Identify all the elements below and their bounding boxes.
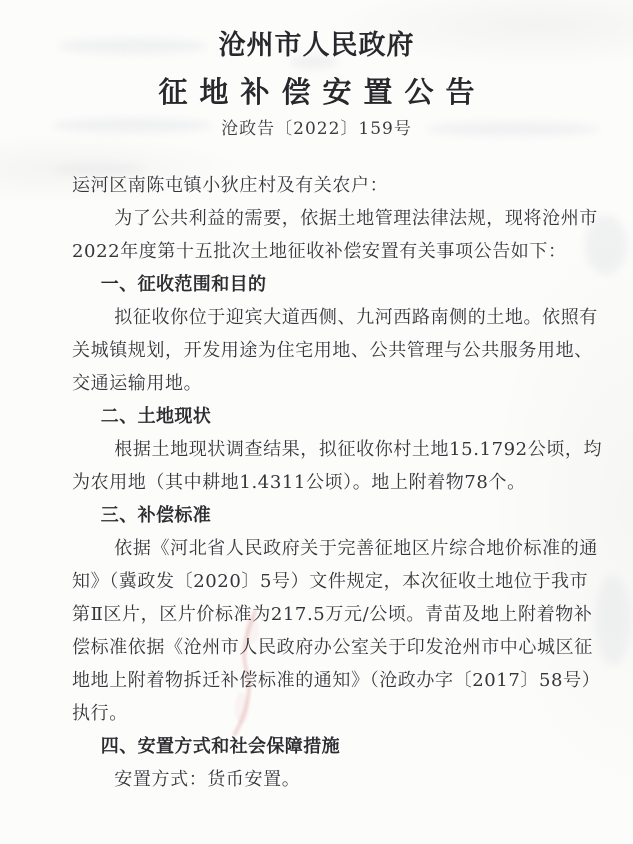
document-line: 根据土地现状调查结果，拟征收你村土地15.1792公顷，均 bbox=[72, 433, 591, 466]
document-line: 地地上附着物拆迁补偿标准的通知》（沧政办字〔2017〕58号） bbox=[72, 664, 591, 697]
document-line: 关城镇规划，开发用途为住宅用地、公共管理与公共服务用地、 bbox=[72, 334, 591, 367]
document-line: 拟征收你位于迎宾大道西侧、九河西路南侧的土地。依照有 bbox=[72, 301, 591, 334]
document-line: 为了公共利益的需要，依据土地管理法律法规，现将沧州市 bbox=[72, 202, 591, 235]
document-line: 2022年度第十五批次土地征收补偿安置有关事项公告如下： bbox=[72, 235, 591, 268]
section-heading: 三、补偿标准 bbox=[72, 499, 591, 532]
document-line: 偿标准依据《沧州市人民政府办公室关于印发沧州市中心城区征 bbox=[72, 631, 591, 664]
document-body: 运河区南陈屯镇小狄庄村及有关农户：为了公共利益的需要，依据土地管理法律法规，现将… bbox=[72, 169, 591, 796]
document-line: 依据《河北省人民政府关于完善征地区片综合地价标准的通 bbox=[72, 532, 591, 565]
document-line: 安置方式：货币安置。 bbox=[72, 763, 591, 796]
section-heading: 二、土地现状 bbox=[72, 400, 591, 433]
document-header: 沧州市人民政府 征地补偿安置公告 沧政告〔2022〕159号 bbox=[0, 0, 633, 142]
bleedthrough-smudge bbox=[595, 575, 631, 665]
document-line: 第Ⅱ区片，区片价标准为217.5万元/公顷。青苗及地上附着物补 bbox=[72, 598, 591, 631]
section-heading: 一、征收范围和目的 bbox=[72, 268, 591, 301]
document-line: 为农用地（其中耕地1.4311公顷）。地上附着物78个。 bbox=[72, 466, 591, 499]
document-line: 交通运输用地。 bbox=[72, 367, 591, 400]
document-number: 沧政告〔2022〕159号 bbox=[0, 116, 633, 142]
scanned-document-page: 沧州市人民政府 征地补偿安置公告 沧政告〔2022〕159号 运河区南陈屯镇小狄… bbox=[0, 0, 633, 844]
document-line: 知》（冀政发〔2020〕5号）文件规定，本次征收土地位于我市 bbox=[72, 565, 591, 598]
announcement-title: 征地补偿安置公告 bbox=[0, 73, 633, 111]
section-heading: 四、安置方式和社会保障措施 bbox=[72, 730, 591, 763]
document-line: 运河区南陈屯镇小狄庄村及有关农户： bbox=[72, 169, 591, 202]
issuing-authority-title: 沧州市人民政府 bbox=[0, 30, 633, 62]
document-line: 执行。 bbox=[72, 697, 591, 730]
